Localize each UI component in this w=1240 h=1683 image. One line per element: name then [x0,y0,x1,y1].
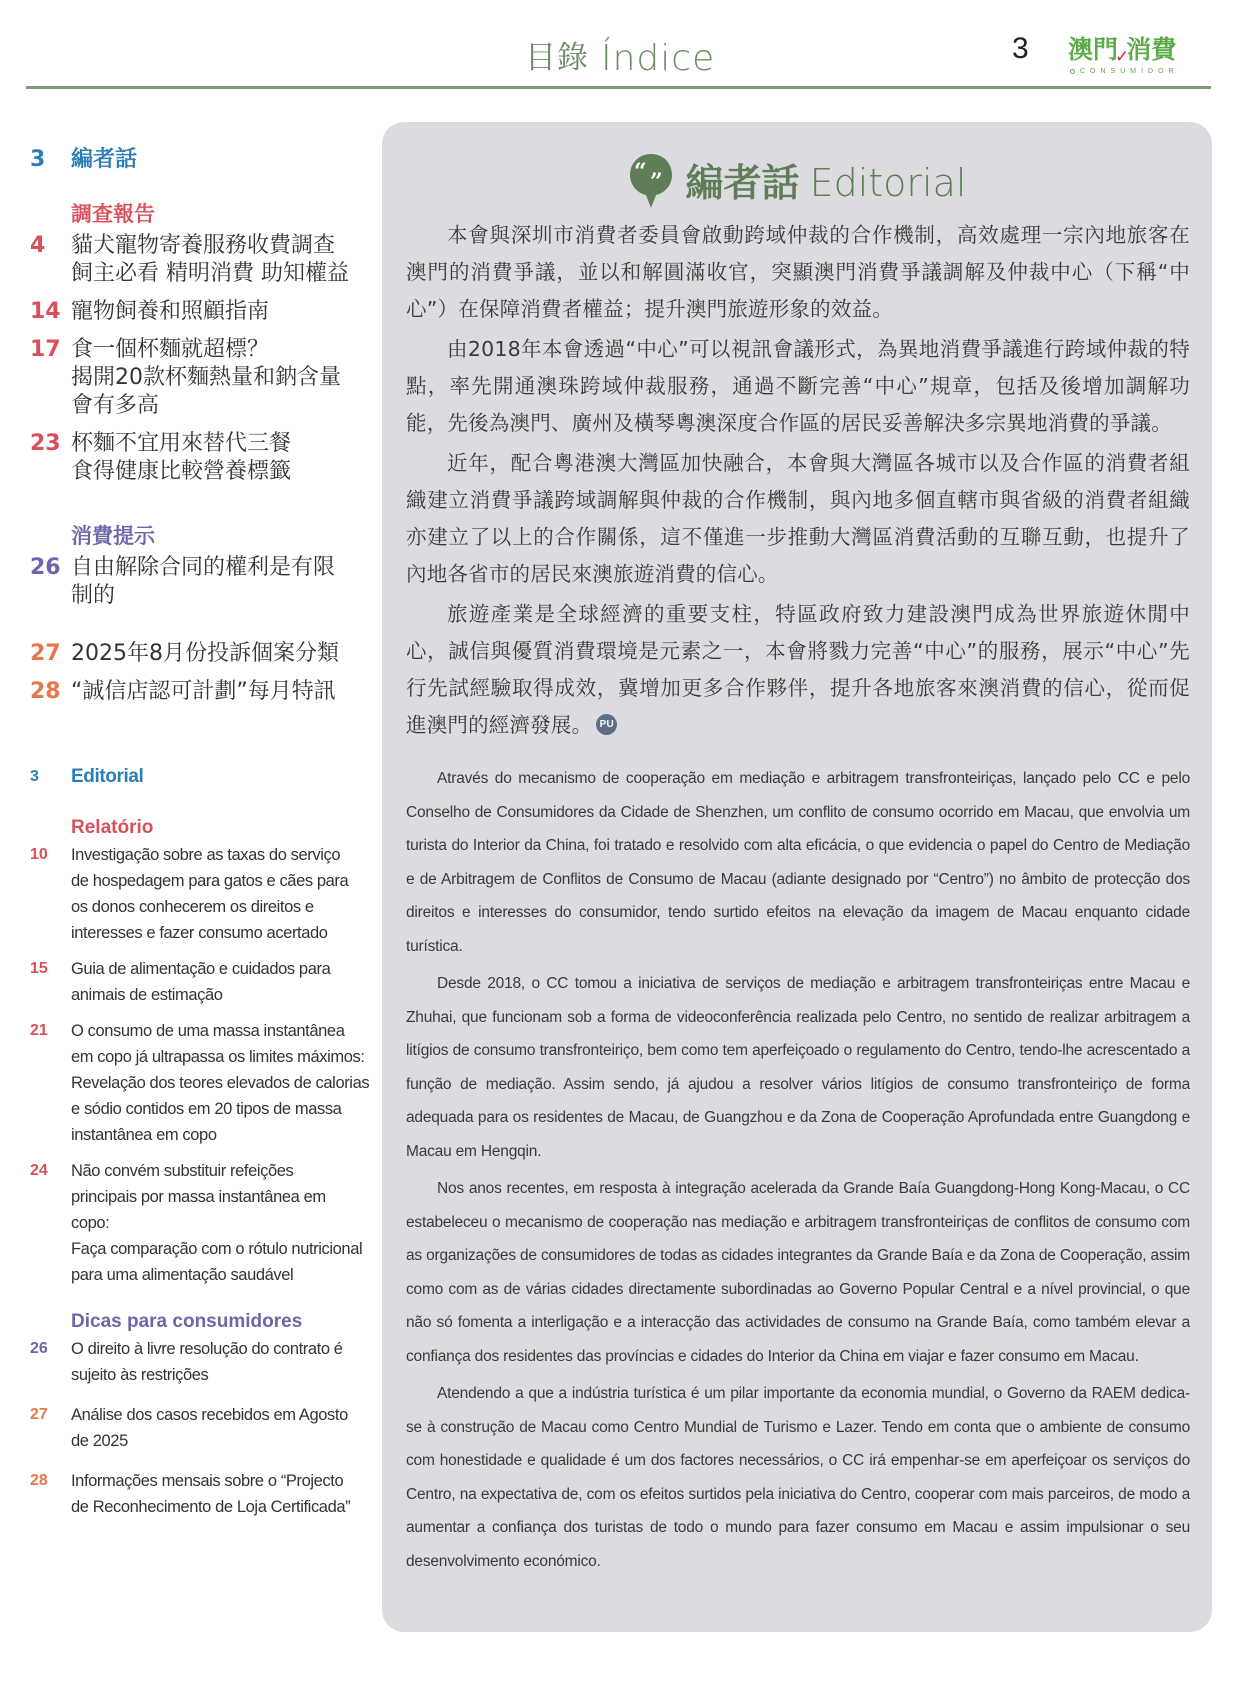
toc-line: Não convém substituir refeições [71,1162,293,1180]
editorial-body-chinese: 本會與深圳市消費者委員會啟動跨域仲裁的合作機制，高效處理一宗內地旅客在澳門的消費… [406,217,1190,747]
toc-entry[interactable]: 27 Análise dos casos recebidos em Agosto… [30,1402,370,1454]
toc-entry-label: Análise dos casos recebidos em Agosto de… [71,1402,370,1454]
toc-line: 貓犬寵物寄養服務收費調查 [71,233,335,258]
toc-entry[interactable]: 4 貓犬寵物寄養服務收費調查 飼主必看 精明消費 助知權益 [30,232,370,288]
toc-entry-label: O consumo de uma massa instantânea em co… [71,1018,370,1148]
toc-entry-label: 杯麵不宜用來替代三餐 食得健康比較營養標籤 [71,430,370,486]
logo-chinese-text: 澳門✓消費 [1068,36,1200,67]
toc-entry-label: Não convém substituir refeições principa… [71,1158,370,1288]
toc-section-heading-consumer-tips: 消費提示 [30,522,370,550]
toc-entry-label: 自由解除合同的權利是有限 制的 [71,554,370,610]
toc-line: Análise dos casos recebidos em Agosto [71,1406,348,1424]
toc-page-number: 26 [30,554,71,582]
toc-entry-editorial-pt[interactable]: 3 Editorial [30,764,370,790]
toc-page-number: 10 [30,842,71,868]
toc-entry-label: “誠信店認可計劃”每月特訊 [71,678,370,706]
editorial-paragraph-zh: 由2018年本會透過“中心”可以視訊會議形式，為異地消費爭議進行跨域仲裁的特點，… [406,331,1190,442]
toc-entry-label: Guia de alimentação e cuidados para anim… [71,956,370,1008]
toc-line: Investigação sobre as taxas do serviço [71,846,340,864]
toc-entry[interactable]: 28 Informações mensais sobre o “Projecto… [30,1468,370,1520]
toc-page-number: 27 [30,1402,71,1428]
editorial-paragraph-pt: Através do mecanismo de cooperação em me… [406,762,1190,963]
logo-char: 消 [1126,35,1151,64]
toc-page-number: 21 [30,1018,71,1044]
toc-line: Informações mensais sobre o “Projecto [71,1472,343,1490]
logo-subtitle: CONSUMIDOR [1080,68,1179,75]
toc-entry-label: Informações mensais sobre o “Projecto de… [71,1468,370,1520]
toc-entry[interactable]: 26 自由解除合同的權利是有限 制的 [30,554,370,610]
toc-line: copo: [71,1214,109,1232]
toc-line: de 2025 [71,1432,128,1450]
toc-line: Faça comparação com o rótulo nutricional [71,1240,362,1258]
toc-entry-label: Editorial [71,764,370,790]
toc-line: 杯麵不宜用來替代三餐 [71,431,291,456]
toc-page-number: 28 [30,678,71,706]
consumer-council-logo: 澳門✓消費 CONSUMIDOR [1068,36,1200,75]
toc-page-number: 17 [30,336,71,364]
editorial-title-en: Editorial [810,161,967,205]
page-title: 目錄Índice [525,34,715,79]
toc-line: interesses e fazer consumo acertado [71,924,328,942]
toc-page-number: 26 [30,1336,71,1362]
editorial-title: 編者話Editorial [686,152,967,207]
toc-entry[interactable]: 10 Investigação sobre as taxas do serviç… [30,842,370,946]
toc-line: em copo já ultrapassa os limites máximos… [71,1048,365,1066]
logo-english-text: CONSUMIDOR [1068,68,1200,75]
toc-line: e sódio contidos em 20 tipos de massa [71,1100,341,1118]
toc-page-number: 24 [30,1158,71,1184]
toc-line: 食一個杯麵就超標？ [71,337,269,362]
toc-page-number: 15 [30,956,71,982]
editorial-paragraph-zh: 近年，配合粵港澳大灣區加快融合，本會與大灣區各城市以及合作區的消費者組織建立消費… [406,445,1190,593]
toc-page-number: 14 [30,298,71,326]
toc-entry[interactable]: 23 杯麵不宜用來替代三餐 食得健康比較營養標籤 [30,430,370,486]
toc-entry[interactable]: 21 O consumo de uma massa instantânea em… [30,1018,370,1148]
toc-entry[interactable]: 24 Não convém substituir refeições princ… [30,1158,370,1288]
toc-line: sujeito às restrições [71,1366,208,1384]
toc-page-number: 3 [30,764,71,790]
page-title-pt: Índice [601,38,715,79]
toc-line: de Reconhecimento de Loja Certificada” [71,1498,350,1516]
logo-dot-icon [1070,69,1075,74]
editorial-panel: “ ” 編者話Editorial 本會與深圳市消費者委員會啟動跨域仲裁的合作機制… [382,122,1212,1632]
paragraph-text: 旅遊產業是全球經濟的重要支柱，特區政府致力建設澳門成為世界旅遊休閒中心，誠信與優… [406,602,1190,737]
toc-entry[interactable]: 15 Guia de alimentação e cuidados para a… [30,956,370,1008]
toc-entry-label: Investigação sobre as taxas do serviço d… [71,842,370,946]
editorial-heading: “ ” 編者話Editorial [382,150,1212,208]
toc-line: O consumo de uma massa instantânea [71,1022,344,1040]
toc-entry[interactable]: 27 2025年8月份投訴個案分類 [30,640,370,668]
toc-section-heading-consumer-tips-pt: Dicas para consumidores [30,1310,370,1334]
editorial-title-zh: 編者話 [686,161,800,205]
toc-line: 制的 [71,583,115,608]
toc-entry[interactable]: 28 “誠信店認可計劃”每月特訊 [30,678,370,706]
toc-entry-editorial-zh[interactable]: 3 編者話 [30,146,370,174]
toc-page-number: 4 [30,232,71,260]
toc-entry-label: 寵物飼養和照顧指南 [71,298,370,326]
editorial-paragraph-pt: Nos anos recentes, em resposta à integra… [406,1172,1190,1373]
svg-text:“: “ [634,159,647,185]
toc-entry-label: O direito à livre resolução do contrato … [71,1336,370,1388]
toc-line: para uma alimentação saudável [71,1266,293,1284]
toc-section-heading-report: Relatório [30,816,370,840]
toc-entry[interactable]: 14 寵物飼養和照顧指南 [30,298,370,326]
logo-char: 費 [1151,35,1176,64]
toc-page-number: 28 [30,1468,71,1494]
page-title-zh: 目錄 [525,40,589,76]
toc-line: animais de estimação [71,986,223,1004]
page-number: 3 [1012,32,1029,66]
editorial-body-portuguese: Através do mecanismo de cooperação em me… [406,762,1190,1582]
toc-entry[interactable]: 17 食一個杯麵就超標？ 揭開20款杯麵熱量和鈉含量 會有多高 [30,336,370,420]
toc-page-number: 23 [30,430,71,458]
editorial-paragraph-pt: Atendendo a que a indústria turística é … [406,1377,1190,1578]
toc-page-number: 27 [30,640,71,668]
header-divider [26,86,1211,89]
toc-entry-label: 2025年8月份投訴個案分類 [71,640,370,668]
toc-entry-label: 食一個杯麵就超標？ 揭開20款杯麵熱量和鈉含量 會有多高 [71,336,370,420]
toc-line: instantânea em copo [71,1126,217,1144]
toc-section-heading-survey-report: 調查報告 [30,200,370,228]
toc-line: O direito à livre resolução do contrato … [71,1340,343,1358]
editorial-paragraph-pt: Desde 2018, o CC tomou a iniciativa de s… [406,967,1190,1168]
editorial-paragraph-zh: 本會與深圳市消費者委員會啟動跨域仲裁的合作機制，高效處理一宗內地旅客在澳門的消費… [406,217,1190,328]
toc-line: de hospedagem para gatos e cães para [71,872,348,890]
toc-line: Revelação dos teores elevados de caloria… [71,1074,369,1092]
signature-badge: PU [596,714,617,735]
toc-line: 揭開20款杯麵熱量和鈉含量 [71,365,341,390]
toc-line: 會有多高 [71,393,159,418]
toc-entry-label: 貓犬寵物寄養服務收費調查 飼主必看 精明消費 助知權益 [71,232,370,288]
table-of-contents: 3 編者話 調查報告 4 貓犬寵物寄養服務收費調查 飼主必看 精明消費 助知權益… [30,146,370,1530]
logo-char: 澳 [1068,35,1093,64]
toc-line: os donos conhecerem os direitos e [71,898,314,916]
svg-text:”: ” [650,169,663,195]
toc-line: Guia de alimentação e cuidados para [71,960,330,978]
toc-line: 食得健康比較營養標籤 [71,459,291,484]
toc-line: 飼主必看 精明消費 助知權益 [71,261,349,286]
toc-line: principais por massa instantânea em [71,1188,326,1206]
quote-bubble-icon: “ ” [628,152,674,210]
toc-entry-label: 編者話 [71,146,370,174]
check-mark-icon: ✓ [1115,47,1129,67]
toc-page-number: 3 [30,146,71,174]
editorial-paragraph-zh: 旅遊產業是全球經濟的重要支柱，特區政府致力建設澳門成為世界旅遊休閒中心，誠信與優… [406,596,1190,744]
toc-entry[interactable]: 26 O direito à livre resolução do contra… [30,1336,370,1388]
toc-line: 自由解除合同的權利是有限 [71,555,335,580]
